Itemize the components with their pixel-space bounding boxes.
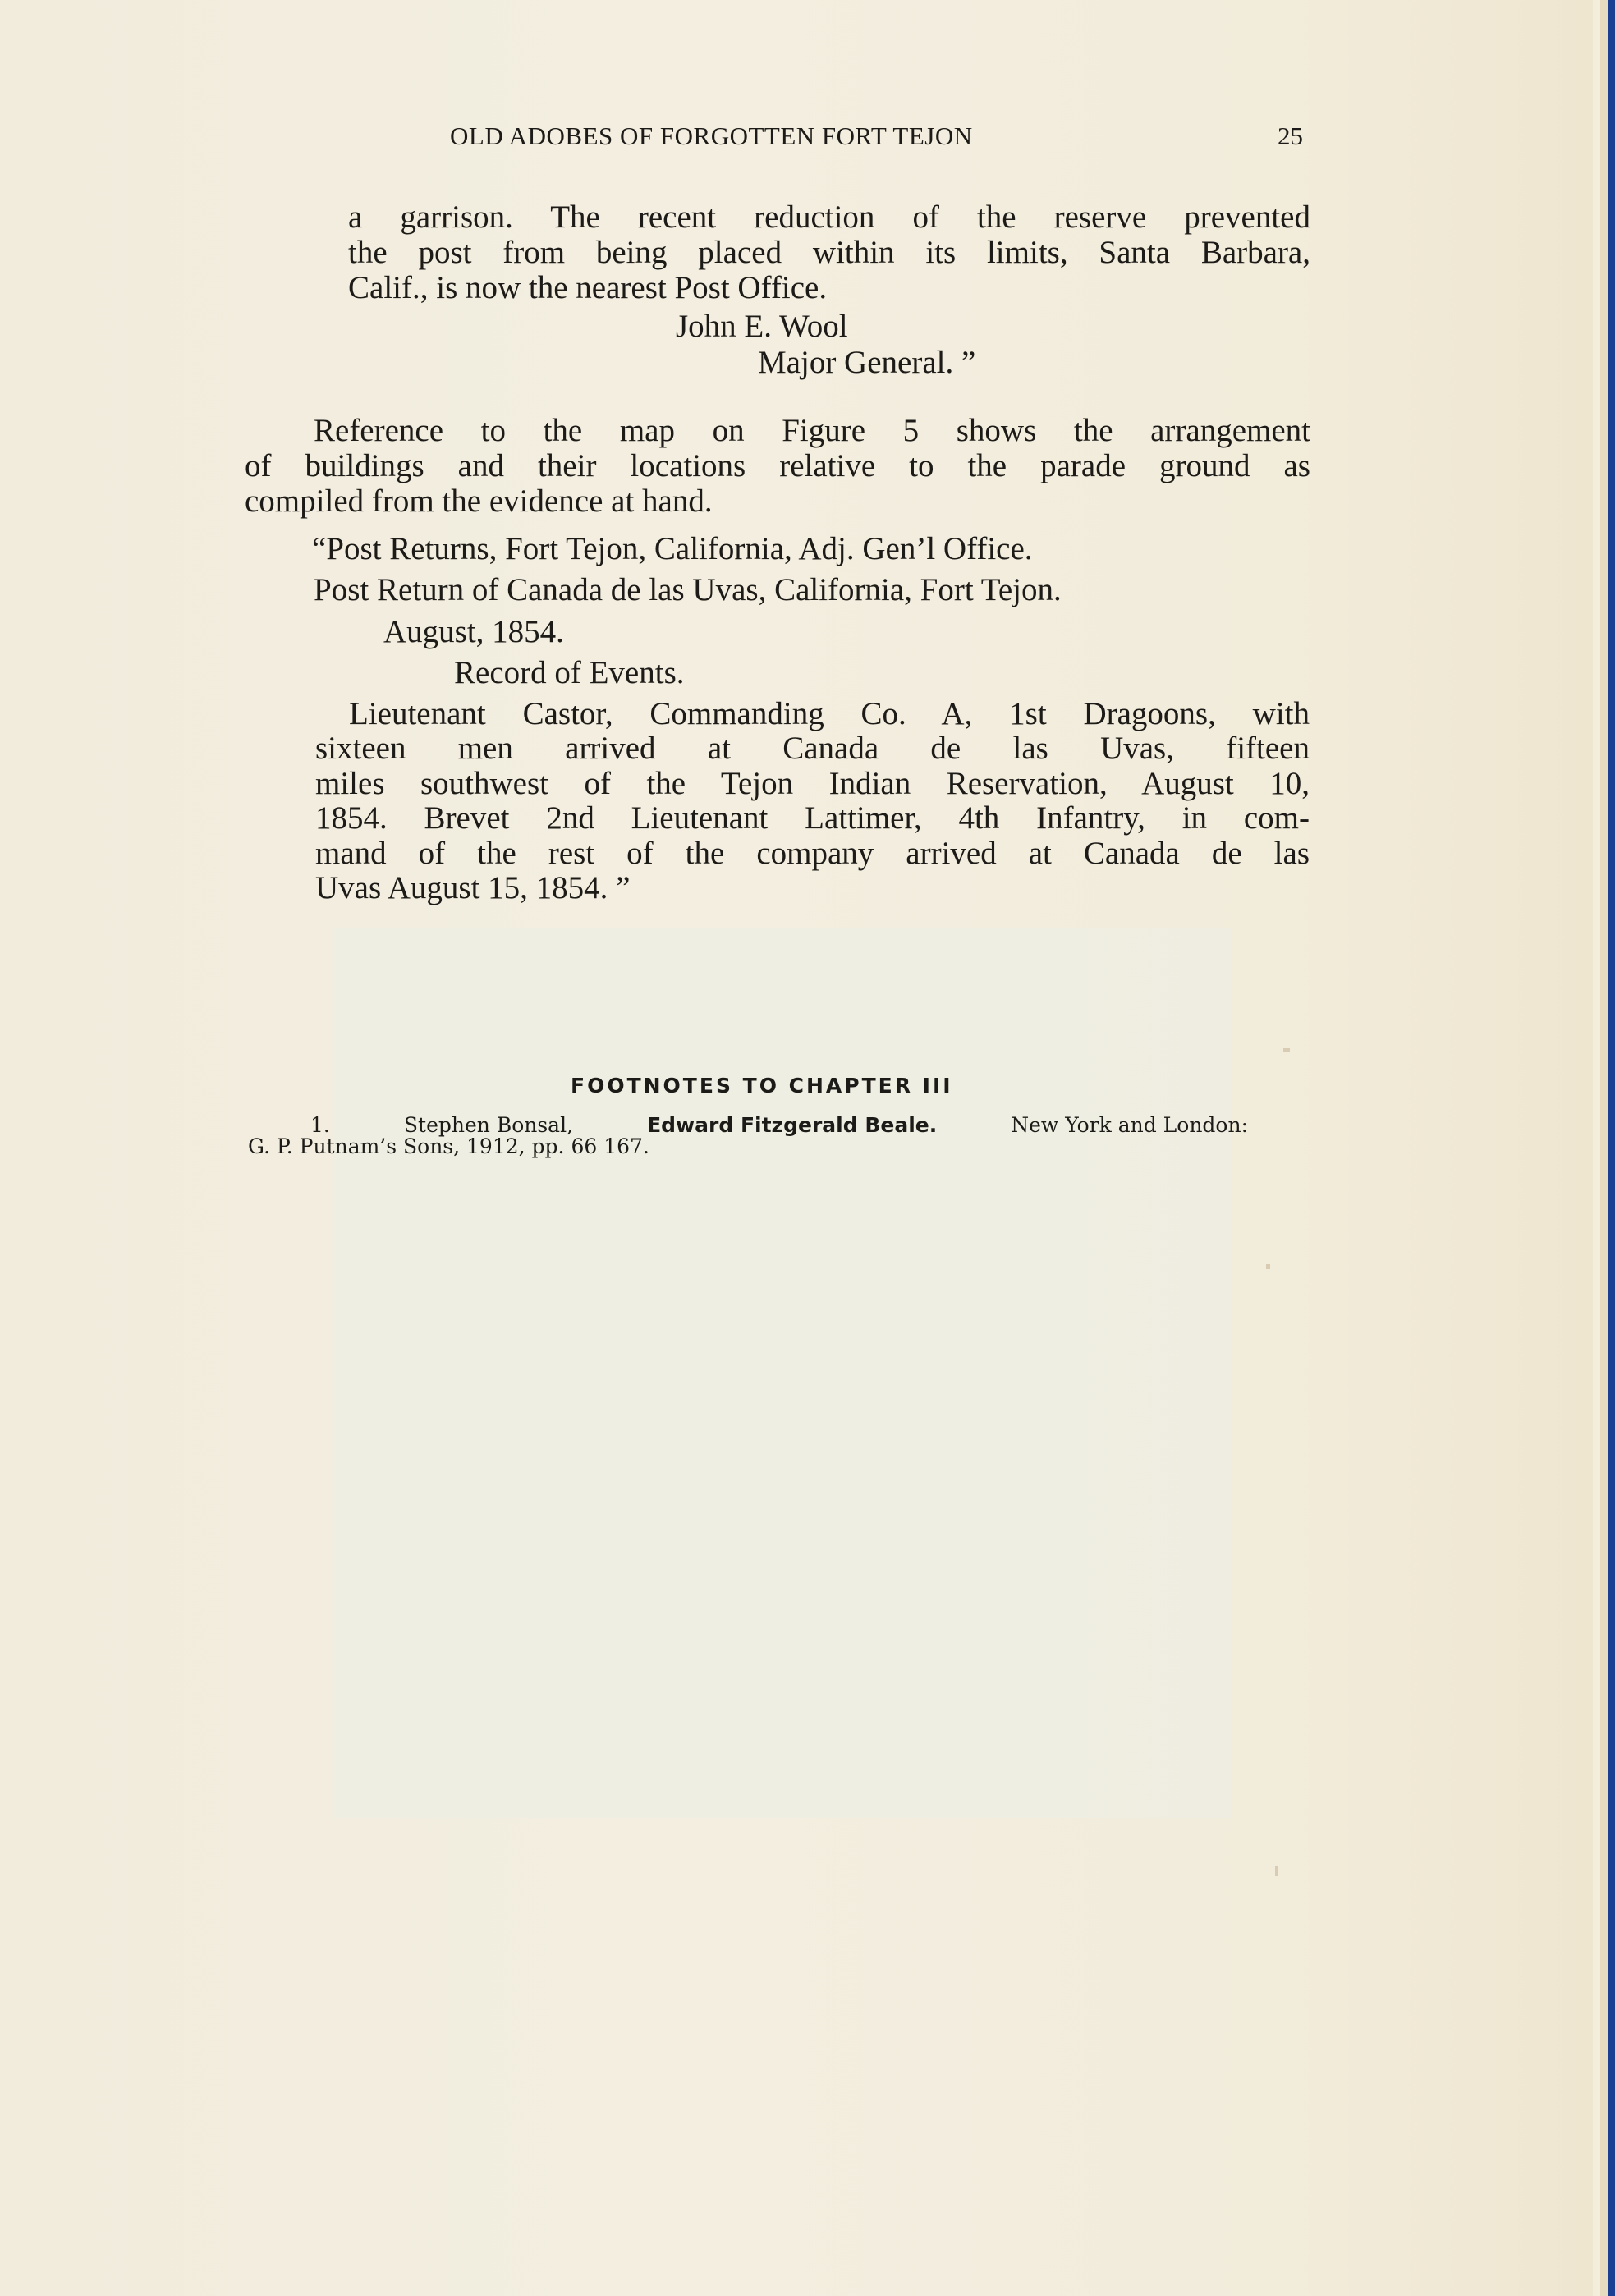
faint-bleed-through-panel: [333, 928, 1232, 1818]
letter-line-3: Calif., is now the nearest Post Office.: [348, 272, 827, 304]
letter-line-2: the post from being placed within its li…: [348, 236, 1310, 268]
footnote-book-title: Edward Fitzgerald Beale.: [647, 1115, 937, 1135]
footnotes-heading: FOOTNOTES TO CHAPTER III: [571, 1074, 953, 1098]
footnote-1-line-2: G. P. Putnam’s Sons, 1912, pp. 66 167.: [248, 1136, 649, 1157]
date-line: August, 1854.: [383, 616, 564, 648]
post-return-line: Post Return of Canada de las Uvas, Calif…: [314, 574, 1062, 606]
signature-name: John E. Wool: [676, 310, 848, 342]
paper-blemish: [1275, 1866, 1278, 1876]
footnote-publisher-place: New York and London:: [1011, 1115, 1248, 1135]
record-line-4: 1854. Brevet 2nd Lieutenant Lattimer, 4t…: [315, 802, 1310, 834]
page-edge: [1600, 0, 1608, 2296]
record-line-5: mand of the rest of the company arrived …: [315, 837, 1310, 869]
record-line-6: Uvas August 15, 1854. ”: [315, 872, 631, 904]
running-head-title: OLD ADOBES OF FORGOTTEN FORT TEJON: [450, 121, 973, 151]
reference-line-1: Reference to the map on Figure 5 shows t…: [314, 415, 1310, 447]
footnote-1-line-1: 1. Stephen Bonsal, Edward Fitzgerald Bea…: [310, 1115, 1248, 1135]
paper-blemish: [1266, 1264, 1270, 1269]
blue-binding-strip: [1608, 0, 1615, 2296]
book-page: OLD ADOBES OF FORGOTTEN FORT TEJON 25 a …: [0, 0, 1593, 2296]
reference-line-2: of buildings and their locations relativ…: [245, 450, 1310, 482]
record-line-3: miles southwest of the Tejon Indian Rese…: [315, 768, 1310, 800]
paper-blemish: [1283, 1048, 1290, 1052]
letter-line-1: a garrison. The recent reduction of the …: [348, 201, 1310, 233]
record-line-2: sixteen men arrived at Canada de las Uva…: [315, 732, 1310, 764]
reference-line-3: compiled from the evidence at hand.: [245, 485, 713, 517]
record-line-1: Lieutenant Castor, Commanding Co. A, 1st…: [349, 698, 1310, 730]
record-heading: Record of Events.: [454, 657, 685, 689]
post-returns-line: “Post Returns, Fort Tejon, California, A…: [312, 533, 1033, 565]
page-number: 25: [1278, 121, 1303, 151]
signature-title: Major General. ”: [758, 346, 975, 378]
footnote-author: Stephen Bonsal,: [404, 1115, 573, 1135]
footnote-number: 1.: [310, 1115, 330, 1135]
